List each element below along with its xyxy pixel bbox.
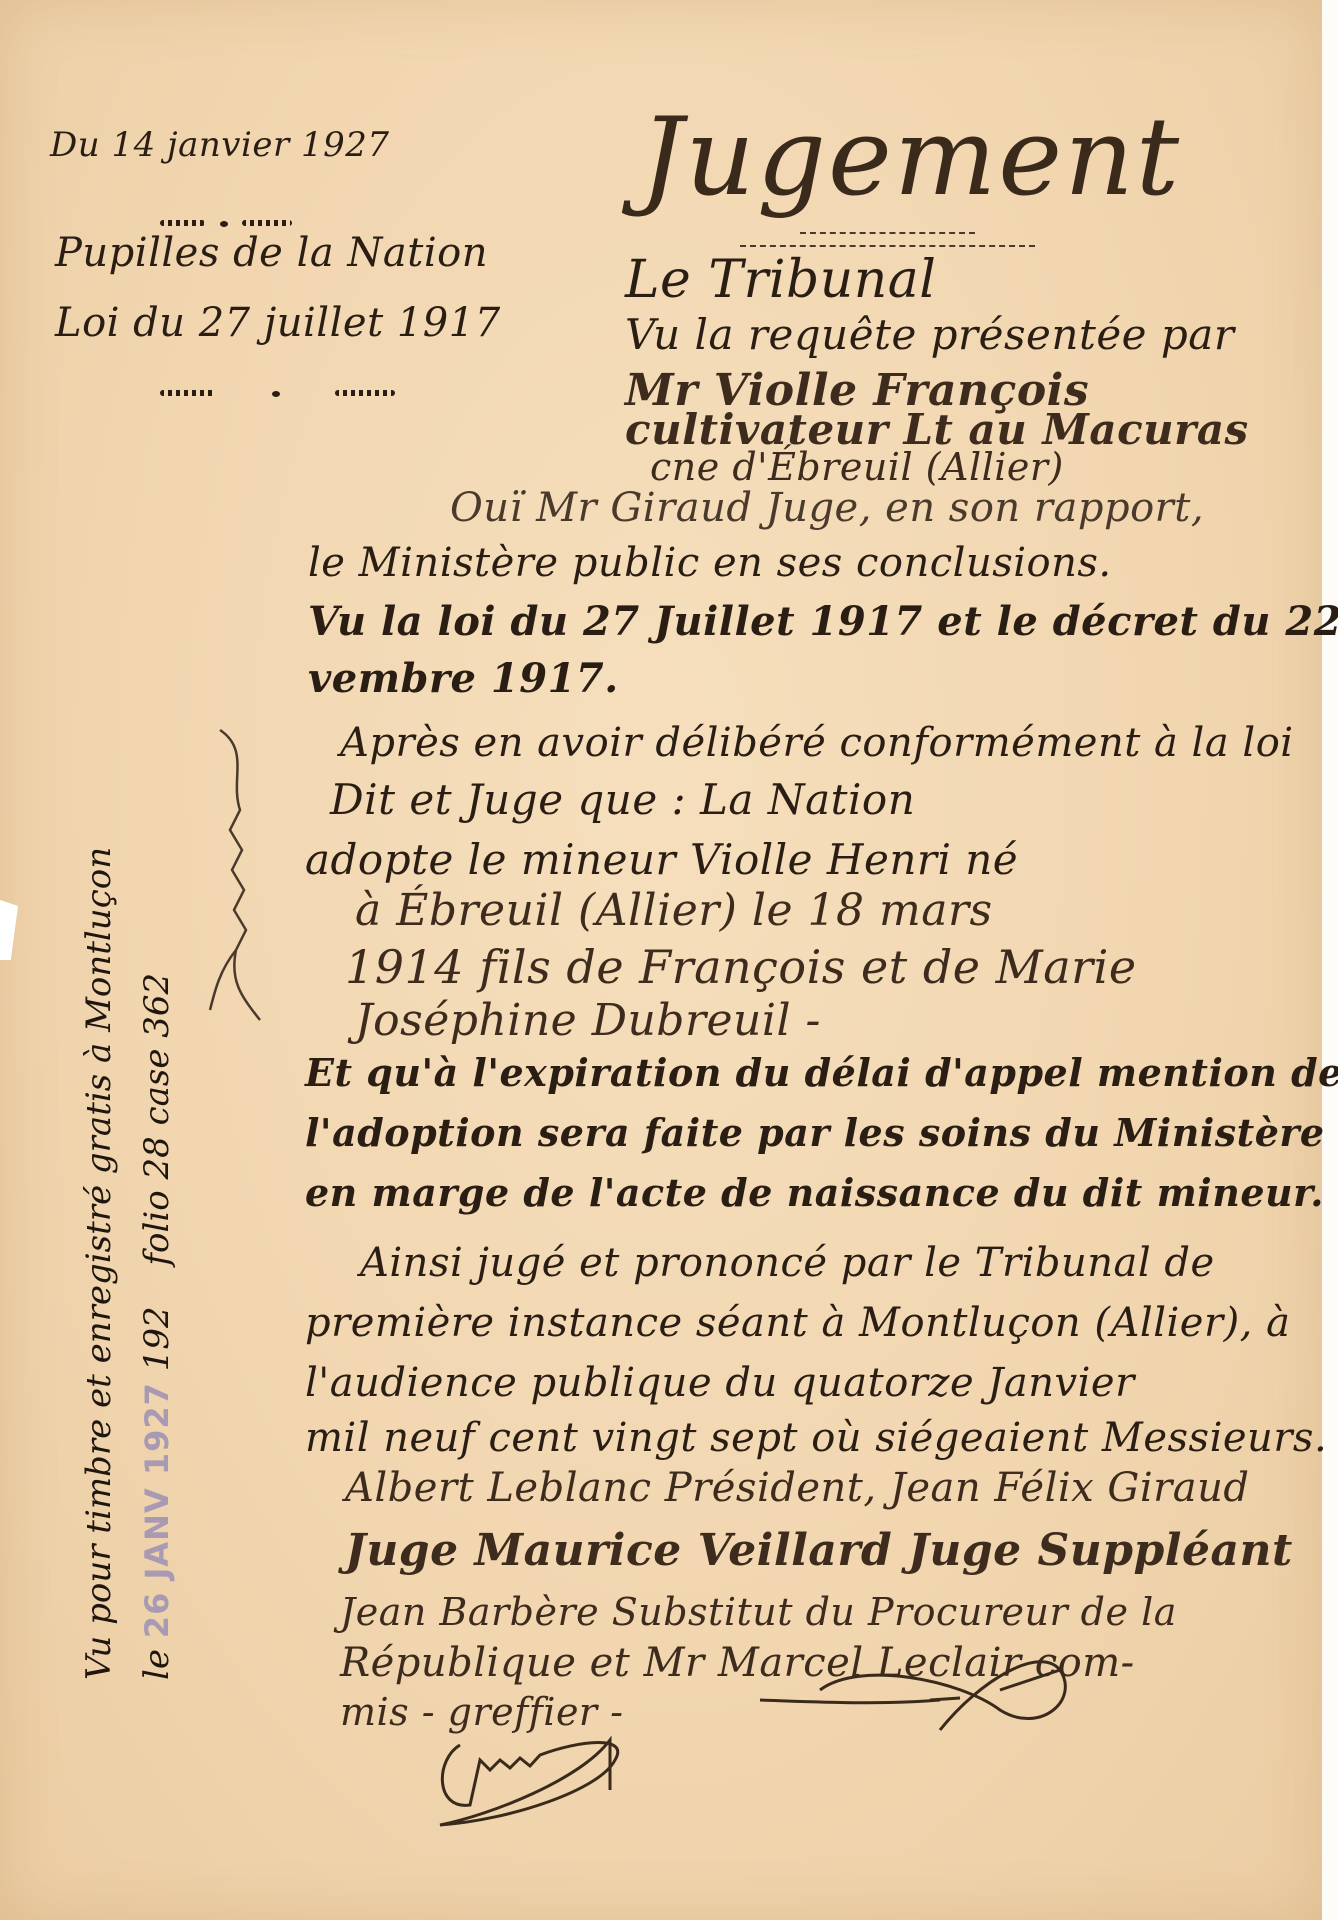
- decision-line-2: adopte le mineur Violle Henri né: [305, 835, 1018, 884]
- law-ref-line-1: Vu la loi du 27 Juillet 1917 et le décre…: [308, 598, 1338, 645]
- margin-note-line-1: Vu pour timbre et enregistré gratis à Mo…: [70, 847, 128, 1680]
- title-underline: [740, 245, 1035, 247]
- ornament-squiggle: [160, 220, 205, 226]
- pronounced-line-1: Ainsi jugé et prononcé par le Tribunal d…: [360, 1240, 1215, 1286]
- margin-note-line-2: le 26 JANV 1927 192 folio 28 case 362: [128, 847, 186, 1680]
- pronounced-line-3: l'audience publique du quatorze Janvier: [305, 1360, 1135, 1406]
- decision-line-1: Dit et Juge que : La Nation: [330, 775, 915, 824]
- signature-president-icon: [430, 1720, 650, 1850]
- law-reference: Loi du 27 juillet 1917: [55, 300, 501, 346]
- registration-margin-note: Vu pour timbre et enregistré gratis à Mo…: [70, 847, 186, 1680]
- subject-heading: Pupilles de la Nation: [55, 230, 488, 276]
- date-stamp: 26 JANV 1927: [138, 1382, 176, 1638]
- ornament-squiggle: [242, 220, 292, 226]
- pronounced-line-4: mil neuf cent vingt sept où siégeaient M…: [305, 1415, 1327, 1461]
- hearing-line: Ouï Mr Giraud Juge, en son rapport,: [450, 485, 1204, 531]
- ministry-line: le Ministère public en ses conclusions.: [308, 540, 1112, 586]
- title-underline: [800, 232, 975, 234]
- margin-note-prefix: le: [137, 1649, 177, 1680]
- pronounced-line-2: première instance séant à Montluçon (All…: [305, 1300, 1290, 1346]
- margin-note-suffix: 192: [137, 1306, 177, 1371]
- scan-border: [1322, 0, 1338, 1920]
- signature-greffier-icon: [760, 1640, 1100, 1750]
- request-intro: Vu la requête présentée par: [625, 310, 1234, 359]
- requester-commune: cne d'Ébreuil (Allier): [650, 445, 1064, 489]
- decision-line-4: 1914 fils de François et de Marie: [345, 940, 1137, 994]
- decision-line-5: Joséphine Dubreuil -: [355, 995, 821, 1046]
- tribunal-heading: Le Tribunal: [625, 250, 936, 310]
- law-ref-line-2: vembre 1917.: [308, 655, 619, 702]
- mention-line-2: l'adoption sera faite par les soins du M…: [305, 1110, 1338, 1155]
- document-title: Jugement: [640, 95, 1181, 220]
- deliberation-line: Après en avoir délibéré conformément à l…: [340, 720, 1294, 766]
- judges-line-2: Juge Maurice Veillard Juge Suppléant: [345, 1525, 1293, 1576]
- decision-line-3: à Ébreuil (Allier) le 18 mars: [355, 885, 993, 936]
- ornament-squiggle: [335, 390, 395, 396]
- judges-line-1: Albert Leblanc Président, Jean Félix Gir…: [345, 1465, 1250, 1511]
- judgment-date: Du 14 janvier 1927: [50, 125, 390, 165]
- ornament-dot: [272, 391, 280, 397]
- margin-note-folio: folio 28 case 362: [137, 973, 177, 1266]
- ornament-dot: [220, 221, 228, 227]
- judges-line-3: Jean Barbère Substitut du Procureur de l…: [340, 1590, 1177, 1634]
- mention-line-1: Et qu'à l'expiration du délai d'appel me…: [305, 1050, 1338, 1095]
- ornament-squiggle: [160, 390, 215, 396]
- signature-receveur-icon: [200, 720, 300, 1020]
- mention-line-3: en marge de l'acte de naissance du dit m…: [305, 1170, 1324, 1215]
